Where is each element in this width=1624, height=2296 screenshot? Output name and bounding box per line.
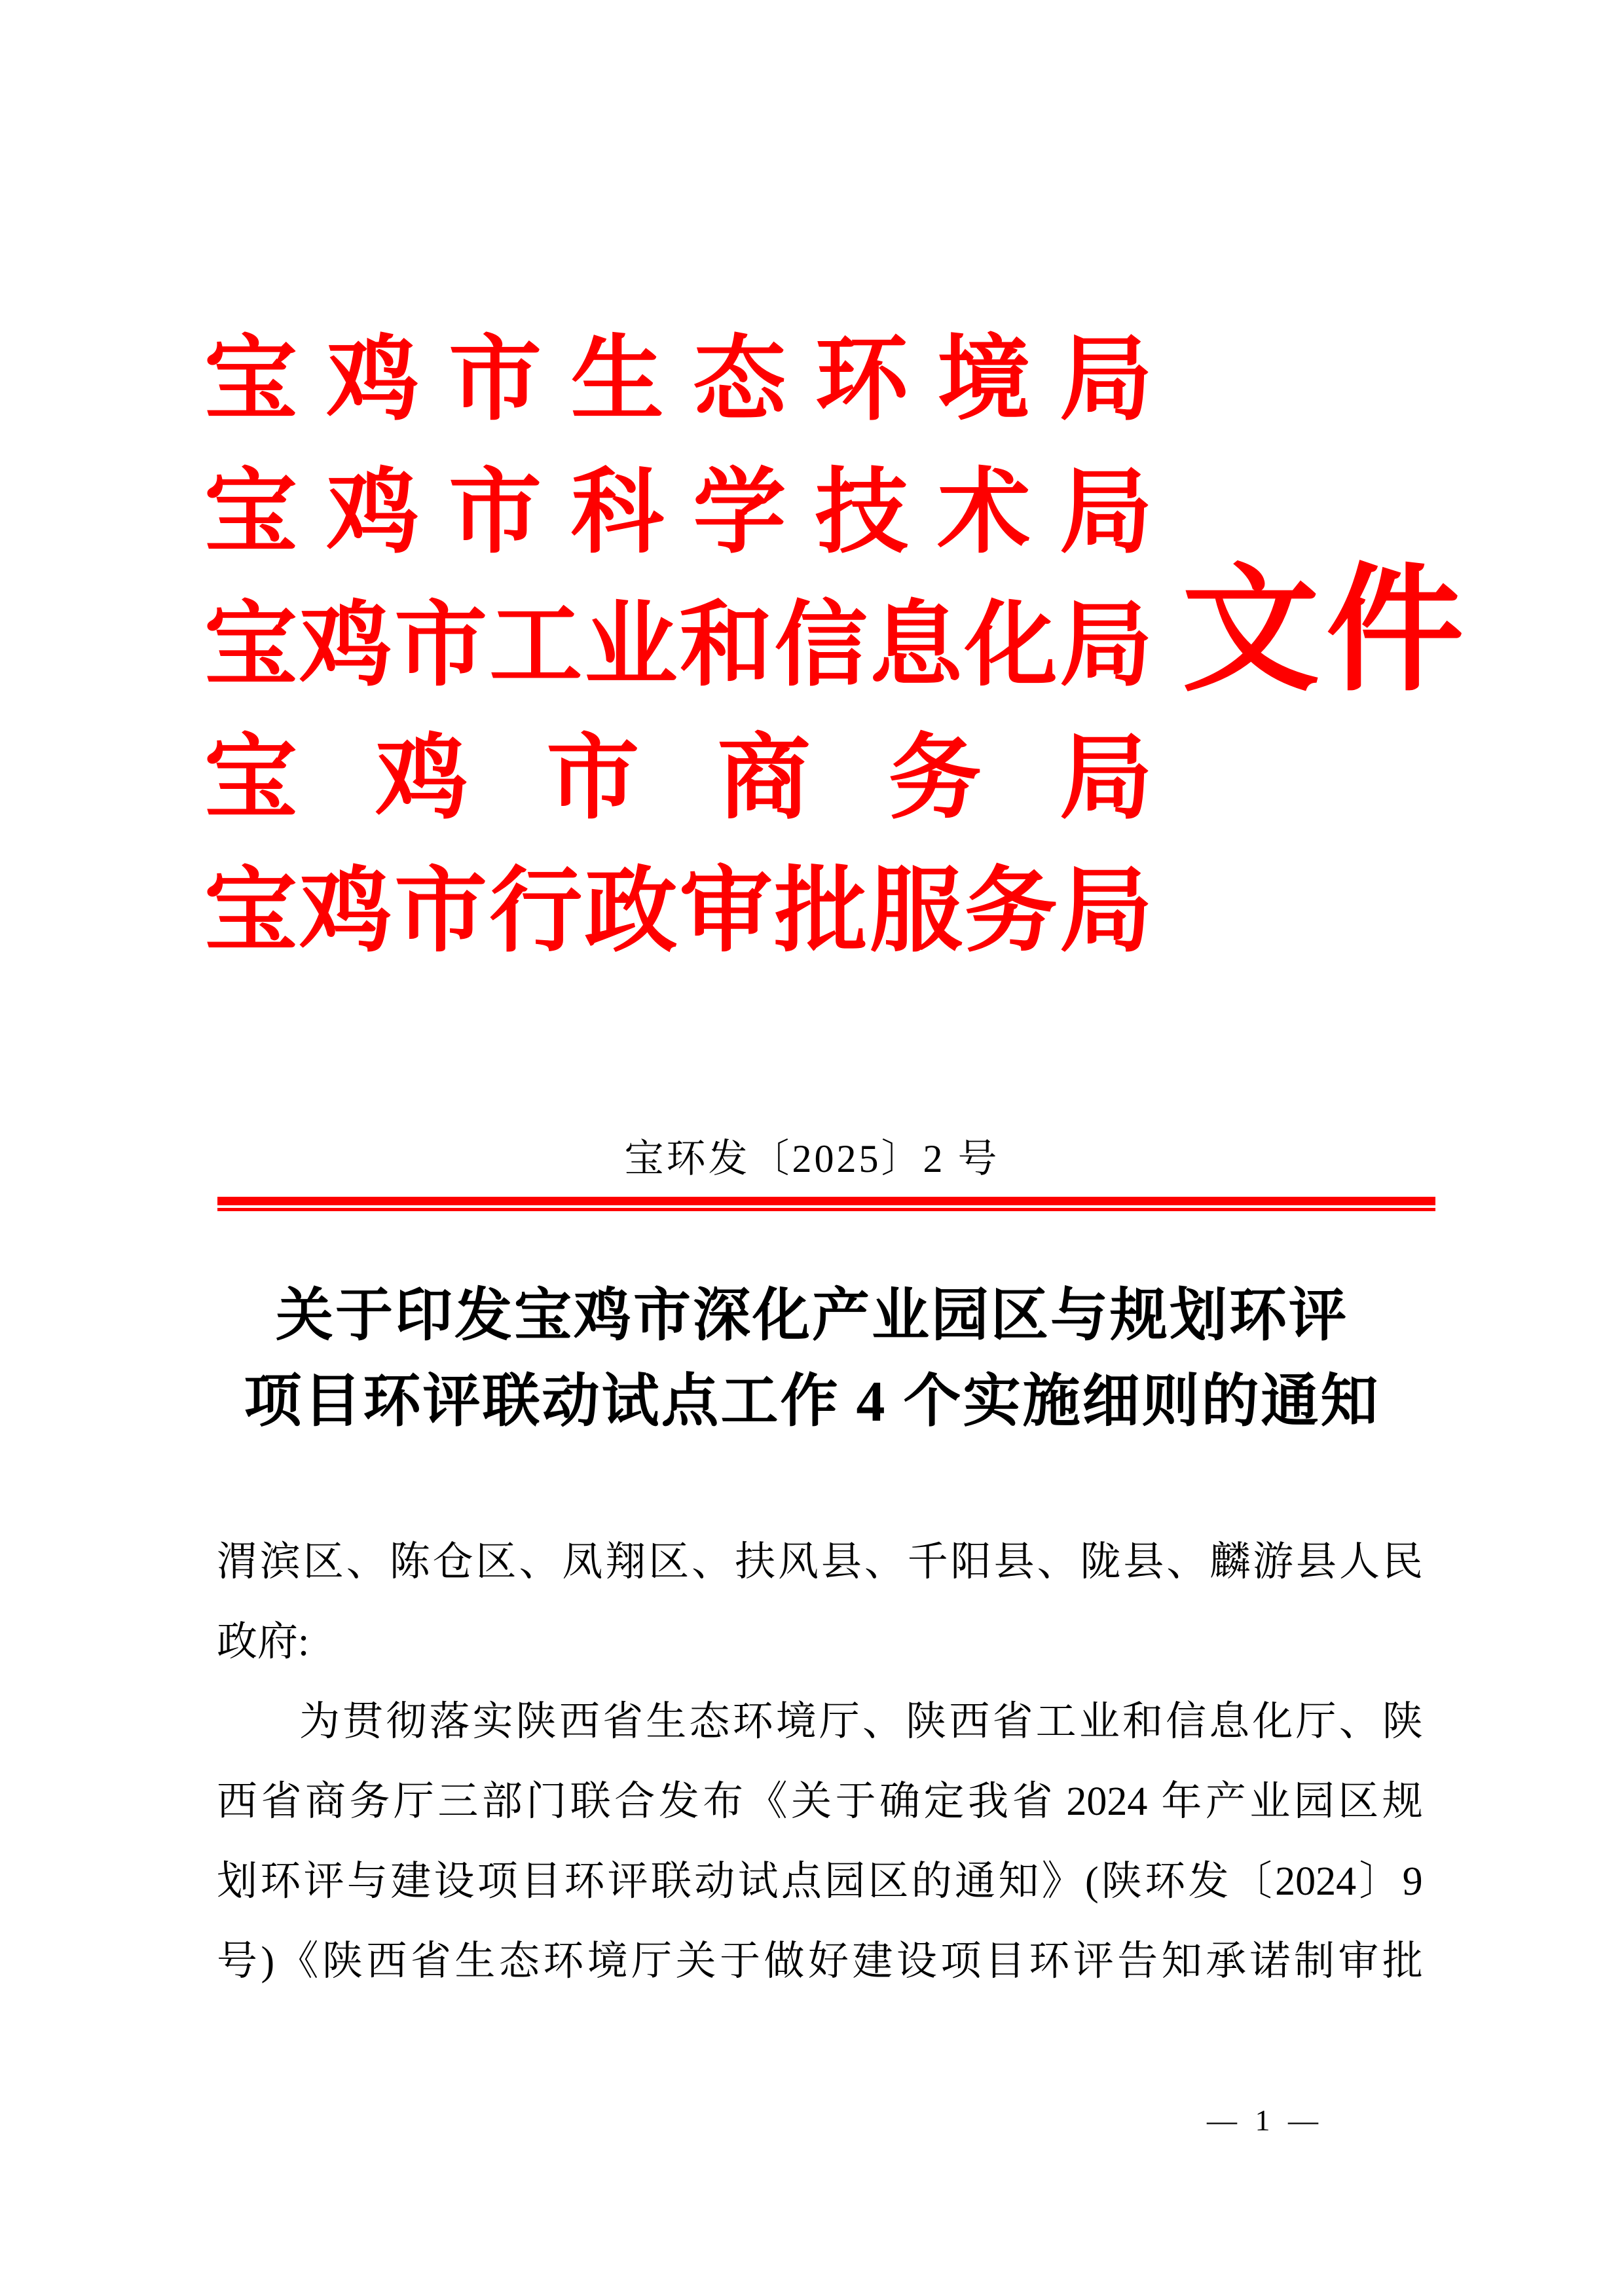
document-title-line-1: 关于印发宝鸡市深化产业园区与规划环评 bbox=[0, 1273, 1624, 1359]
page-number: — 1 — bbox=[1207, 2103, 1323, 2138]
file-type-label: 文件 bbox=[1182, 558, 1470, 706]
body-text-line: 渭滨区、陈仓区、凤翔区、扶风县、千阳县、陇县、麟游县人民 bbox=[217, 1522, 1423, 1602]
agency-name-line: 宝鸡市工业和信息化局 bbox=[204, 579, 1153, 712]
red-separator-rule-thick bbox=[217, 1197, 1435, 1205]
document-title: 关于印发宝鸡市深化产业园区与规划环评 项目环评联动试点工作 4 个实施细则的通知 bbox=[0, 1273, 1624, 1445]
agency-name-line: 宝鸡市商务局 bbox=[204, 712, 1153, 845]
agency-name-line: 宝鸡市行政审批服务局 bbox=[204, 845, 1153, 977]
agency-name-line: 宝鸡市科学技术局 bbox=[204, 446, 1153, 579]
red-separator-rule-thin bbox=[217, 1208, 1435, 1211]
agency-name-line: 宝鸡市生态环境局 bbox=[204, 313, 1153, 446]
document-body: 渭滨区、陈仓区、凤翔区、扶风县、千阳县、陇县、麟游县人民政府:为贯彻落实陕西省生… bbox=[217, 1522, 1423, 2001]
document-page: 宝鸡市生态环境局宝鸡市科学技术局宝鸡市工业和信息化局宝鸡市商务局宝鸡市行政审批服… bbox=[0, 0, 1624, 2296]
body-text-line: 号)《陕西省生态环境厅关于做好建设项目环评告知承诺制审批 bbox=[217, 1922, 1423, 2001]
body-text-line: 为贯彻落实陕西省生态环境厅、陕西省工业和信息化厅、陕 bbox=[217, 1682, 1423, 1762]
body-text-line: 西省商务厅三部门联合发布《关于确定我省 2024 年产业园区规 bbox=[217, 1762, 1423, 1842]
document-title-line-2: 项目环评联动试点工作 4 个实施细则的通知 bbox=[0, 1359, 1624, 1445]
body-text-line: 政府: bbox=[217, 1602, 1423, 1682]
letterhead-agency-list: 宝鸡市生态环境局宝鸡市科学技术局宝鸡市工业和信息化局宝鸡市商务局宝鸡市行政审批服… bbox=[204, 313, 1153, 977]
document-number: 宝环发〔2025〕2 号 bbox=[0, 1127, 1624, 1184]
body-text-line: 划环评与建设项目环评联动试点园区的通知》(陕环发〔2024〕9 bbox=[217, 1842, 1423, 1922]
